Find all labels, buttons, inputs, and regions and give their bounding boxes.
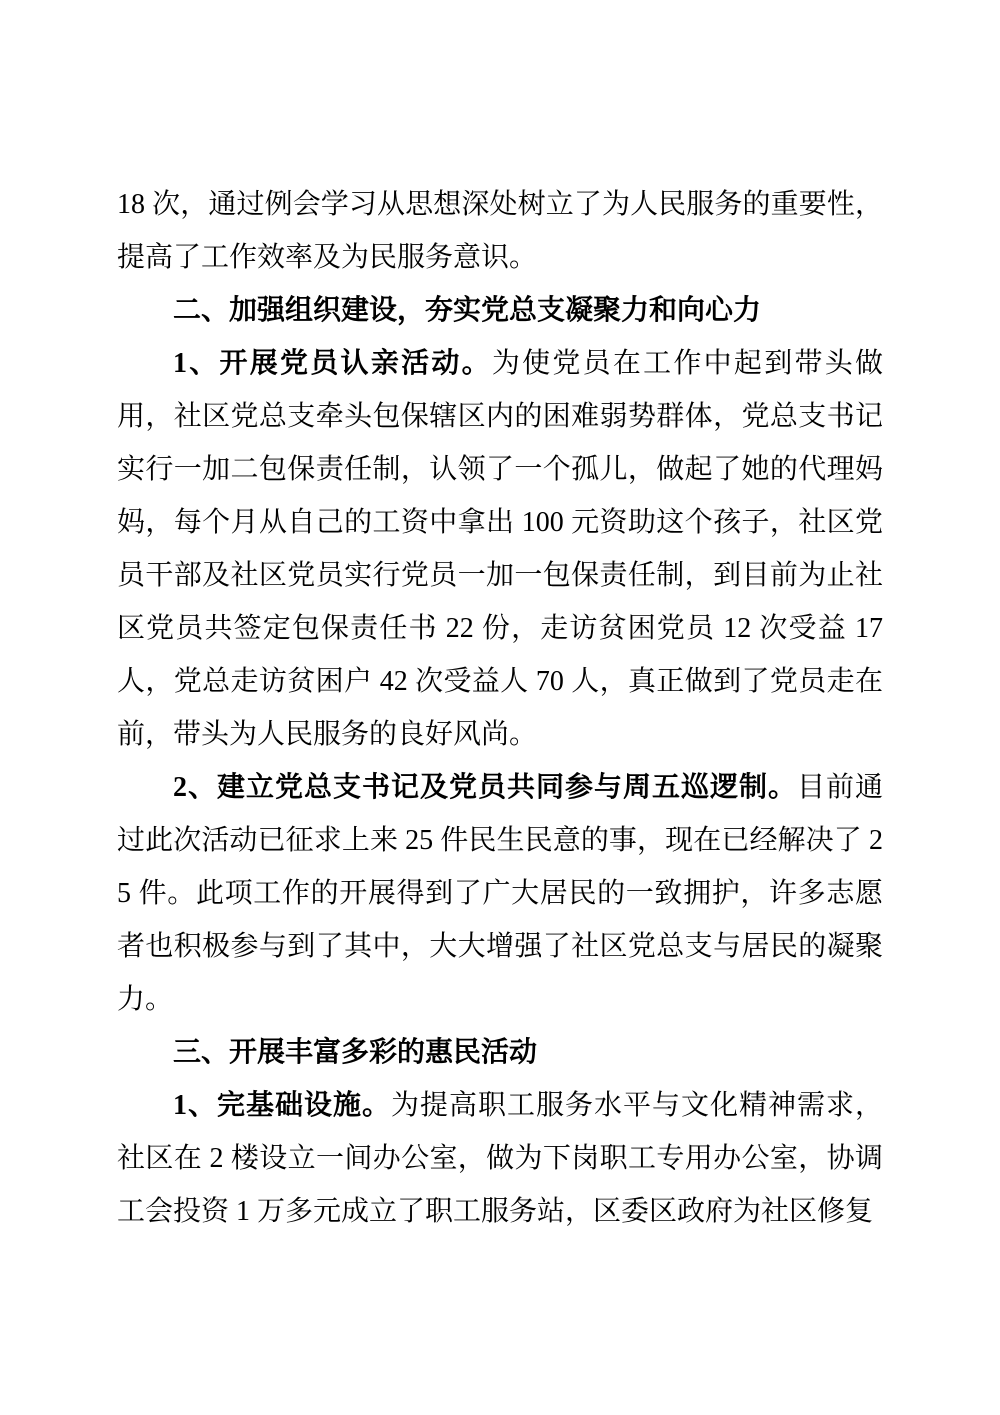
paragraph-text: 目前通过此次活动已征求上来 25 件民生民意的事，现在已经解决了 25 件。此项… <box>117 772 883 1015</box>
paragraph-text: 18 次，通过例会学习从思想深处树立了为人民服务的重要性，提高了工作效率及为民服… <box>117 189 883 273</box>
paragraph-continuation: 18 次，通过例会学习从思想深处树立了为人民服务的重要性，提高了工作效率及为民服… <box>117 178 883 284</box>
paragraph-2-1: 1、开展党员认亲活动。为使党员在工作中起到带头做用，社区党总支牵头包保辖区内的困… <box>117 337 883 761</box>
paragraph-lead: 2、建立党总支书记及党员共同参与周五巡逻制。 <box>173 772 797 803</box>
paragraph-lead: 1、完基础设施。 <box>173 1090 391 1121</box>
heading-text: 三、开展丰富多彩的惠民活动 <box>173 1037 537 1068</box>
paragraph-3-1: 1、完基础设施。为提高职工服务水平与文化精神需求，社区在 2 楼设立一间办公室，… <box>117 1079 883 1238</box>
section-heading-3: 三、开展丰富多彩的惠民活动 <box>117 1026 883 1079</box>
paragraph-2-2: 2、建立党总支书记及党员共同参与周五巡逻制。目前通过此次活动已征求上来 25 件… <box>117 761 883 1026</box>
paragraph-lead: 1、开展党员认亲活动。 <box>173 348 492 379</box>
paragraph-text: 为使党员在工作中起到带头做用，社区党总支牵头包保辖区内的困难弱势群体，党总支书记… <box>117 348 883 750</box>
section-heading-2: 二、加强组织建设，夯实党总支凝聚力和向心力 <box>117 284 883 337</box>
document-page: 18 次，通过例会学习从思想深处树立了为人民服务的重要性，提高了工作效率及为民服… <box>0 0 1000 1415</box>
heading-text: 二、加强组织建设，夯实党总支凝聚力和向心力 <box>173 295 761 326</box>
